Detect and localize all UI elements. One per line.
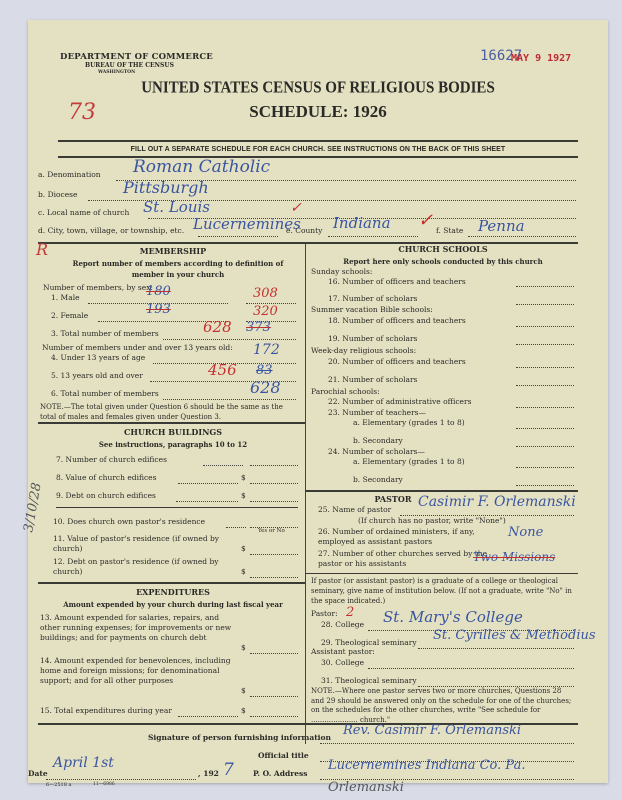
- membership-note: NOTE.—The total given under Question 6 s…: [40, 402, 298, 422]
- state-label: f. State: [436, 226, 463, 235]
- county-value: Indiana: [333, 214, 391, 232]
- edifices-debt-label: 9. Debt on church edifices: [56, 491, 156, 500]
- church-name-label: c. Local name of church: [38, 208, 129, 217]
- benevolences-label: 14. Amount expended for benevolences, in…: [40, 656, 240, 686]
- graduate-note: If pastor (or assistant pastor) is a gra…: [311, 576, 573, 606]
- age-heading: Number of members under and over 13 year…: [42, 343, 233, 352]
- membership-subheading: Report number of members according to de…: [68, 258, 288, 280]
- over-13-value: 456: [208, 361, 237, 379]
- q18-label: 18. Number of officers and teachers: [328, 316, 466, 325]
- divider: [58, 140, 578, 142]
- church-schools-heading: CHURCH SCHOOLS: [308, 244, 578, 254]
- residence-value-label: 11. Value of pastor's residence (if owne…: [53, 534, 243, 554]
- church-buildings-subheading: See instructions, paragraphs 10 to 12: [48, 440, 298, 449]
- margin-number: 73: [68, 100, 96, 125]
- q22-label: 22. Number of administrative officers: [328, 397, 471, 406]
- divider: [305, 573, 578, 574]
- diocese-value: Pittsburgh: [123, 178, 209, 197]
- q24b-label: b. Secondary: [353, 475, 403, 484]
- state-value: Penna: [478, 217, 525, 235]
- form-subtitle: SCHEDULE: 1926: [28, 102, 608, 122]
- under-13-value: 172: [253, 342, 280, 358]
- column-divider: [305, 244, 306, 744]
- dollar-sign: $: [241, 544, 246, 553]
- female-value: 320: [253, 304, 278, 319]
- under-13-label: 4. Under 13 years of age: [51, 353, 145, 362]
- official-title-label: Official title: [258, 751, 309, 760]
- over-13-struck-value: 83: [256, 363, 273, 378]
- divider: [305, 490, 578, 492]
- male-label: 1. Male: [51, 293, 80, 302]
- check-mark: ✓: [290, 200, 302, 216]
- department-name: DEPARTMENT OF COMMERCE: [60, 52, 213, 62]
- assistant-pastor-label: Assistant pastor:: [311, 647, 375, 656]
- assistant-pastors-value: None: [508, 525, 543, 540]
- census-schedule-sheet: DEPARTMENT OF COMMERCE BUREAU OF THE CEN…: [28, 20, 608, 783]
- dollar-sign: $: [241, 567, 246, 576]
- po-address-label: P. O. Address: [253, 769, 307, 778]
- divider: [38, 582, 305, 584]
- total-members-label: 3. Total number of members: [51, 329, 159, 338]
- female-struck-value: 193: [146, 302, 171, 317]
- q25-note: (If church has no pastor, write "None"): [358, 516, 506, 525]
- q16-label: 16. Number of officers and teachers: [328, 277, 466, 286]
- q24a-label: a. Elementary (grades 1 to 8): [353, 457, 465, 466]
- seminary-value: St. Cyrilles & Methodius: [433, 628, 596, 643]
- total-members-value: 628: [203, 318, 232, 336]
- signature-label: Signature of person furnishing informati…: [148, 733, 331, 742]
- q30-label: 30. College: [321, 658, 364, 667]
- expenditures-subheading: Amount expended by your church during la…: [48, 600, 298, 609]
- dollar-sign: $: [241, 643, 246, 652]
- expenditures-heading: EXPENDITURES: [48, 587, 298, 597]
- divider: [38, 422, 305, 424]
- pastor-name-value: Casimir F. Orlemanski: [418, 494, 576, 510]
- form-code: 6—2518 a: [46, 782, 71, 788]
- residence-debt-label: 12. Debt on pastor's residence (if owned…: [53, 557, 243, 577]
- pastor-note: NOTE.—Where one pastor serves two or mor…: [311, 687, 573, 725]
- q23b-label: b. Secondary: [353, 436, 403, 445]
- year-value: 7: [223, 760, 234, 780]
- print-code: 11—6986: [93, 782, 115, 787]
- church-buildings-heading: CHURCH BUILDINGS: [48, 427, 298, 437]
- margin-mark: R: [36, 240, 48, 259]
- city-name: WASHINGTON: [98, 70, 135, 75]
- membership-heading: MEMBERSHIP: [48, 246, 298, 256]
- diocese-label: b. Diocese: [38, 190, 77, 199]
- total-expenditures-label: 15. Total expenditures during year: [40, 706, 172, 715]
- edifices-count-label: 7. Number of church edifices: [56, 455, 167, 464]
- pastor-mark: 2: [346, 605, 354, 620]
- q17-label: 17. Number of scholars: [328, 294, 417, 303]
- pencil-note: Orlemanski: [328, 780, 404, 795]
- q24-label: 24. Number of scholars—: [328, 447, 425, 456]
- divider: [56, 507, 298, 508]
- q29-label: 29. Theological seminary: [321, 638, 417, 647]
- date-label: Date: [28, 769, 48, 778]
- weekday-schools-label: Week-day religious schools:: [311, 346, 416, 355]
- dollar-sign: $: [241, 491, 246, 500]
- pastor-sublabel: Pastor:: [311, 609, 338, 618]
- church-name-value: St. Louis: [143, 198, 210, 216]
- city-label: d. City, town, village, or township, etc…: [38, 226, 184, 235]
- dollar-sign: $: [241, 686, 246, 695]
- po-address-value: Lucernemines Indiana Co. Pa.: [328, 758, 525, 773]
- edifices-value-label: 8. Value of church edifices: [56, 473, 156, 482]
- parochial-schools-label: Parochial schools:: [311, 387, 380, 396]
- bureau-name: BUREAU OF THE CENSUS: [85, 62, 174, 69]
- q26-label: 26. Number of ordained ministers, if any…: [318, 527, 508, 547]
- total-by-age-label: 6. Total number of members: [51, 389, 159, 398]
- q20-label: 20. Number of officers and teachers: [328, 357, 466, 366]
- instructions-banner: FILL OUT A SEPARATE SCHEDULE FOR EACH CH…: [28, 146, 608, 153]
- denomination-value: Roman Catholic: [133, 157, 270, 177]
- signature-value: Rev. Casimir F. Orlemanski: [343, 723, 521, 738]
- college-value: St. Mary's College: [383, 608, 523, 626]
- over-13-label: 5. 13 years old and over: [51, 371, 143, 380]
- side-date-note: 3/10/28: [21, 482, 44, 534]
- q21-label: 21. Number of scholars: [328, 375, 417, 384]
- q25-label: 25. Name of pastor: [318, 505, 391, 514]
- form-title: UNITED STATES CENSUS OF RELIGIOUS BODIES: [28, 79, 608, 98]
- sunday-schools-label: Sunday schools:: [311, 267, 372, 276]
- yes-no-hint: Yes or No: [258, 528, 285, 534]
- total-by-age-value: 628: [250, 378, 281, 397]
- q28-label: 28. College: [321, 620, 364, 629]
- dollar-sign: $: [241, 706, 246, 715]
- other-churches-value: Two Missions: [473, 550, 555, 564]
- county-label: e. County: [286, 226, 322, 235]
- q31-label: 31. Theological seminary: [321, 676, 417, 685]
- own-residence-label: 10. Does church own pastor's residence: [53, 517, 205, 526]
- male-value: 308: [253, 286, 278, 301]
- dollar-sign: $: [241, 473, 246, 482]
- year-prefix: , 192: [198, 769, 219, 778]
- total-members-struck-value: 373: [246, 320, 271, 335]
- female-label: 2. Female: [51, 311, 88, 320]
- church-schools-subheading: Report here only schools conducted by th…: [308, 257, 578, 266]
- q19-label: 19. Number of scholars: [328, 334, 417, 343]
- check-mark: ✓: [418, 210, 433, 231]
- summer-schools-label: Summer vacation Bible schools:: [311, 305, 433, 314]
- q23-label: 23. Number of teachers—: [328, 408, 426, 417]
- q23a-label: a. Elementary (grades 1 to 8): [353, 418, 465, 427]
- denomination-label: a. Denomination: [38, 170, 101, 179]
- by-sex-label: Number of members, by sex:: [43, 283, 153, 292]
- male-struck-value: 180: [146, 284, 171, 299]
- running-expenses-label: 13. Amount expended for salaries, repair…: [40, 613, 240, 643]
- received-date-stamp: MAY 9 1927: [511, 53, 571, 64]
- date-value: April 1st: [53, 755, 114, 771]
- city-value: Lucernemines: [193, 215, 301, 233]
